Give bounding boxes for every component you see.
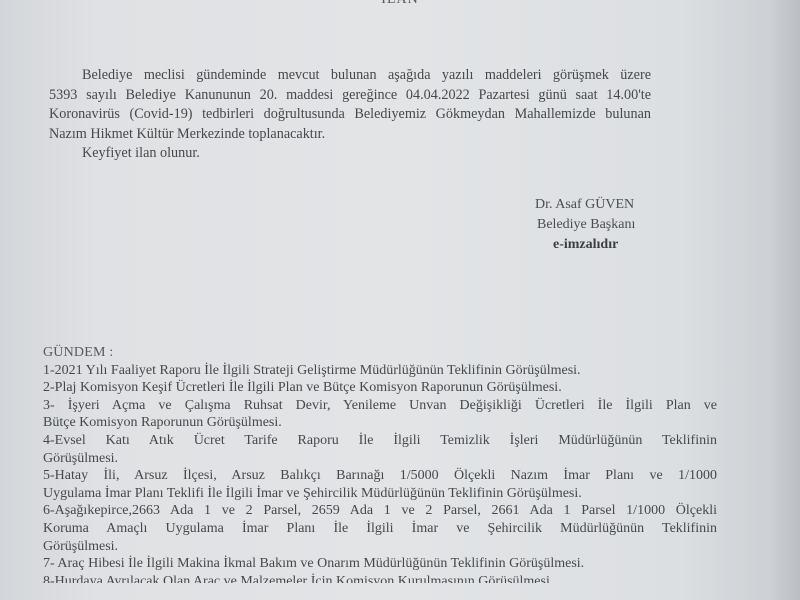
- agenda-line: Görüşülmesi.: [43, 450, 717, 468]
- e-signature-note: e-imzalıdır: [510, 235, 710, 255]
- announcement-body: Belediye meclisi gündeminde mevcut bulun…: [49, 66, 651, 164]
- closing-statement: Keyfiyet ilan olunur.: [49, 144, 651, 164]
- agenda-line: 2-Plaj Komisyon Keşif Ücretleri İle İlgi…: [43, 379, 717, 397]
- agenda-item-8: 8-Hurdaya Ayrılacak Olan Araç ve Malzeme…: [43, 573, 717, 583]
- agenda-line: Görüşülmesi.: [43, 538, 717, 556]
- agenda-item-5: 5-Hatay İli, Arsuz İlçesi, Arsuz Balıkçı…: [43, 467, 717, 502]
- agenda-item-4: 4-Evsel Katı Atık Ücret Tarife Raporu İl…: [43, 432, 717, 467]
- agenda-line: 3- İşyeri Açma ve Çalışma Ruhsat Devir, …: [43, 397, 717, 415]
- paragraph-line: Koronavirüs (Covid-19) tedbirleri doğrul…: [49, 105, 651, 125]
- agenda-line: 7- Araç Hibesi İle İlgili Makina İkmal B…: [43, 555, 717, 573]
- scanned-document-page: İLAN Belediye meclisi gündeminde mevcut …: [0, 0, 800, 600]
- agenda-line: 5-Hatay İli, Arsuz İlçesi, Arsuz Balıkçı…: [43, 467, 717, 485]
- agenda-line: 6-Aşağıkepirce,2663 Ada 1 ve 2 Parsel, 2…: [43, 502, 717, 520]
- agenda-line: 1-2021 Yılı Faaliyet Raporu İle İlgili S…: [43, 362, 717, 380]
- agenda-item-1: 1-2021 Yılı Faaliyet Raporu İle İlgili S…: [43, 362, 717, 380]
- paragraph-line: Nazım Hikmet Kültür Merkezinde toplanaca…: [49, 125, 651, 145]
- signatory-name: Dr. Asaf GÜVEN: [510, 195, 710, 215]
- signature-block: Dr. Asaf GÜVEN Belediye Başkanı e-imzalı…: [510, 195, 710, 255]
- page-edge-shadow: [770, 0, 800, 600]
- document-title: İLAN: [0, 0, 800, 8]
- agenda-line: Uygulama İmar Planı Teklifi İle İlgili İ…: [43, 485, 717, 503]
- agenda-line: Bütçe Komisyon Raporunun Görüşülmesi.: [43, 414, 717, 432]
- agenda-item-3: 3- İşyeri Açma ve Çalışma Ruhsat Devir, …: [43, 397, 717, 432]
- agenda-heading: GÜNDEM :: [43, 344, 717, 362]
- announcement-paragraph: Belediye meclisi gündeminde mevcut bulun…: [49, 66, 651, 144]
- agenda-line: 4-Evsel Katı Atık Ücret Tarife Raporu İl…: [43, 432, 717, 450]
- paragraph-line: 5393 sayılı Belediye Kanununun 20. madde…: [49, 86, 651, 106]
- paragraph-line: Belediye meclisi gündeminde mevcut bulun…: [49, 66, 651, 86]
- signatory-title: Belediye Başkanı: [510, 215, 710, 235]
- agenda-line: Koruma Amaçlı Uygulama İmar Planı İle İl…: [43, 520, 717, 538]
- agenda-section: GÜNDEM : 1-2021 Yılı Faaliyet Raporu İle…: [43, 344, 717, 583]
- agenda-line: 8-Hurdaya Ayrılacak Olan Araç ve Malzeme…: [43, 573, 717, 583]
- agenda-item-6: 6-Aşağıkepirce,2663 Ada 1 ve 2 Parsel, 2…: [43, 502, 717, 555]
- agenda-item-2: 2-Plaj Komisyon Keşif Ücretleri İle İlgi…: [43, 379, 717, 397]
- agenda-item-7: 7- Araç Hibesi İle İlgili Makina İkmal B…: [43, 555, 717, 573]
